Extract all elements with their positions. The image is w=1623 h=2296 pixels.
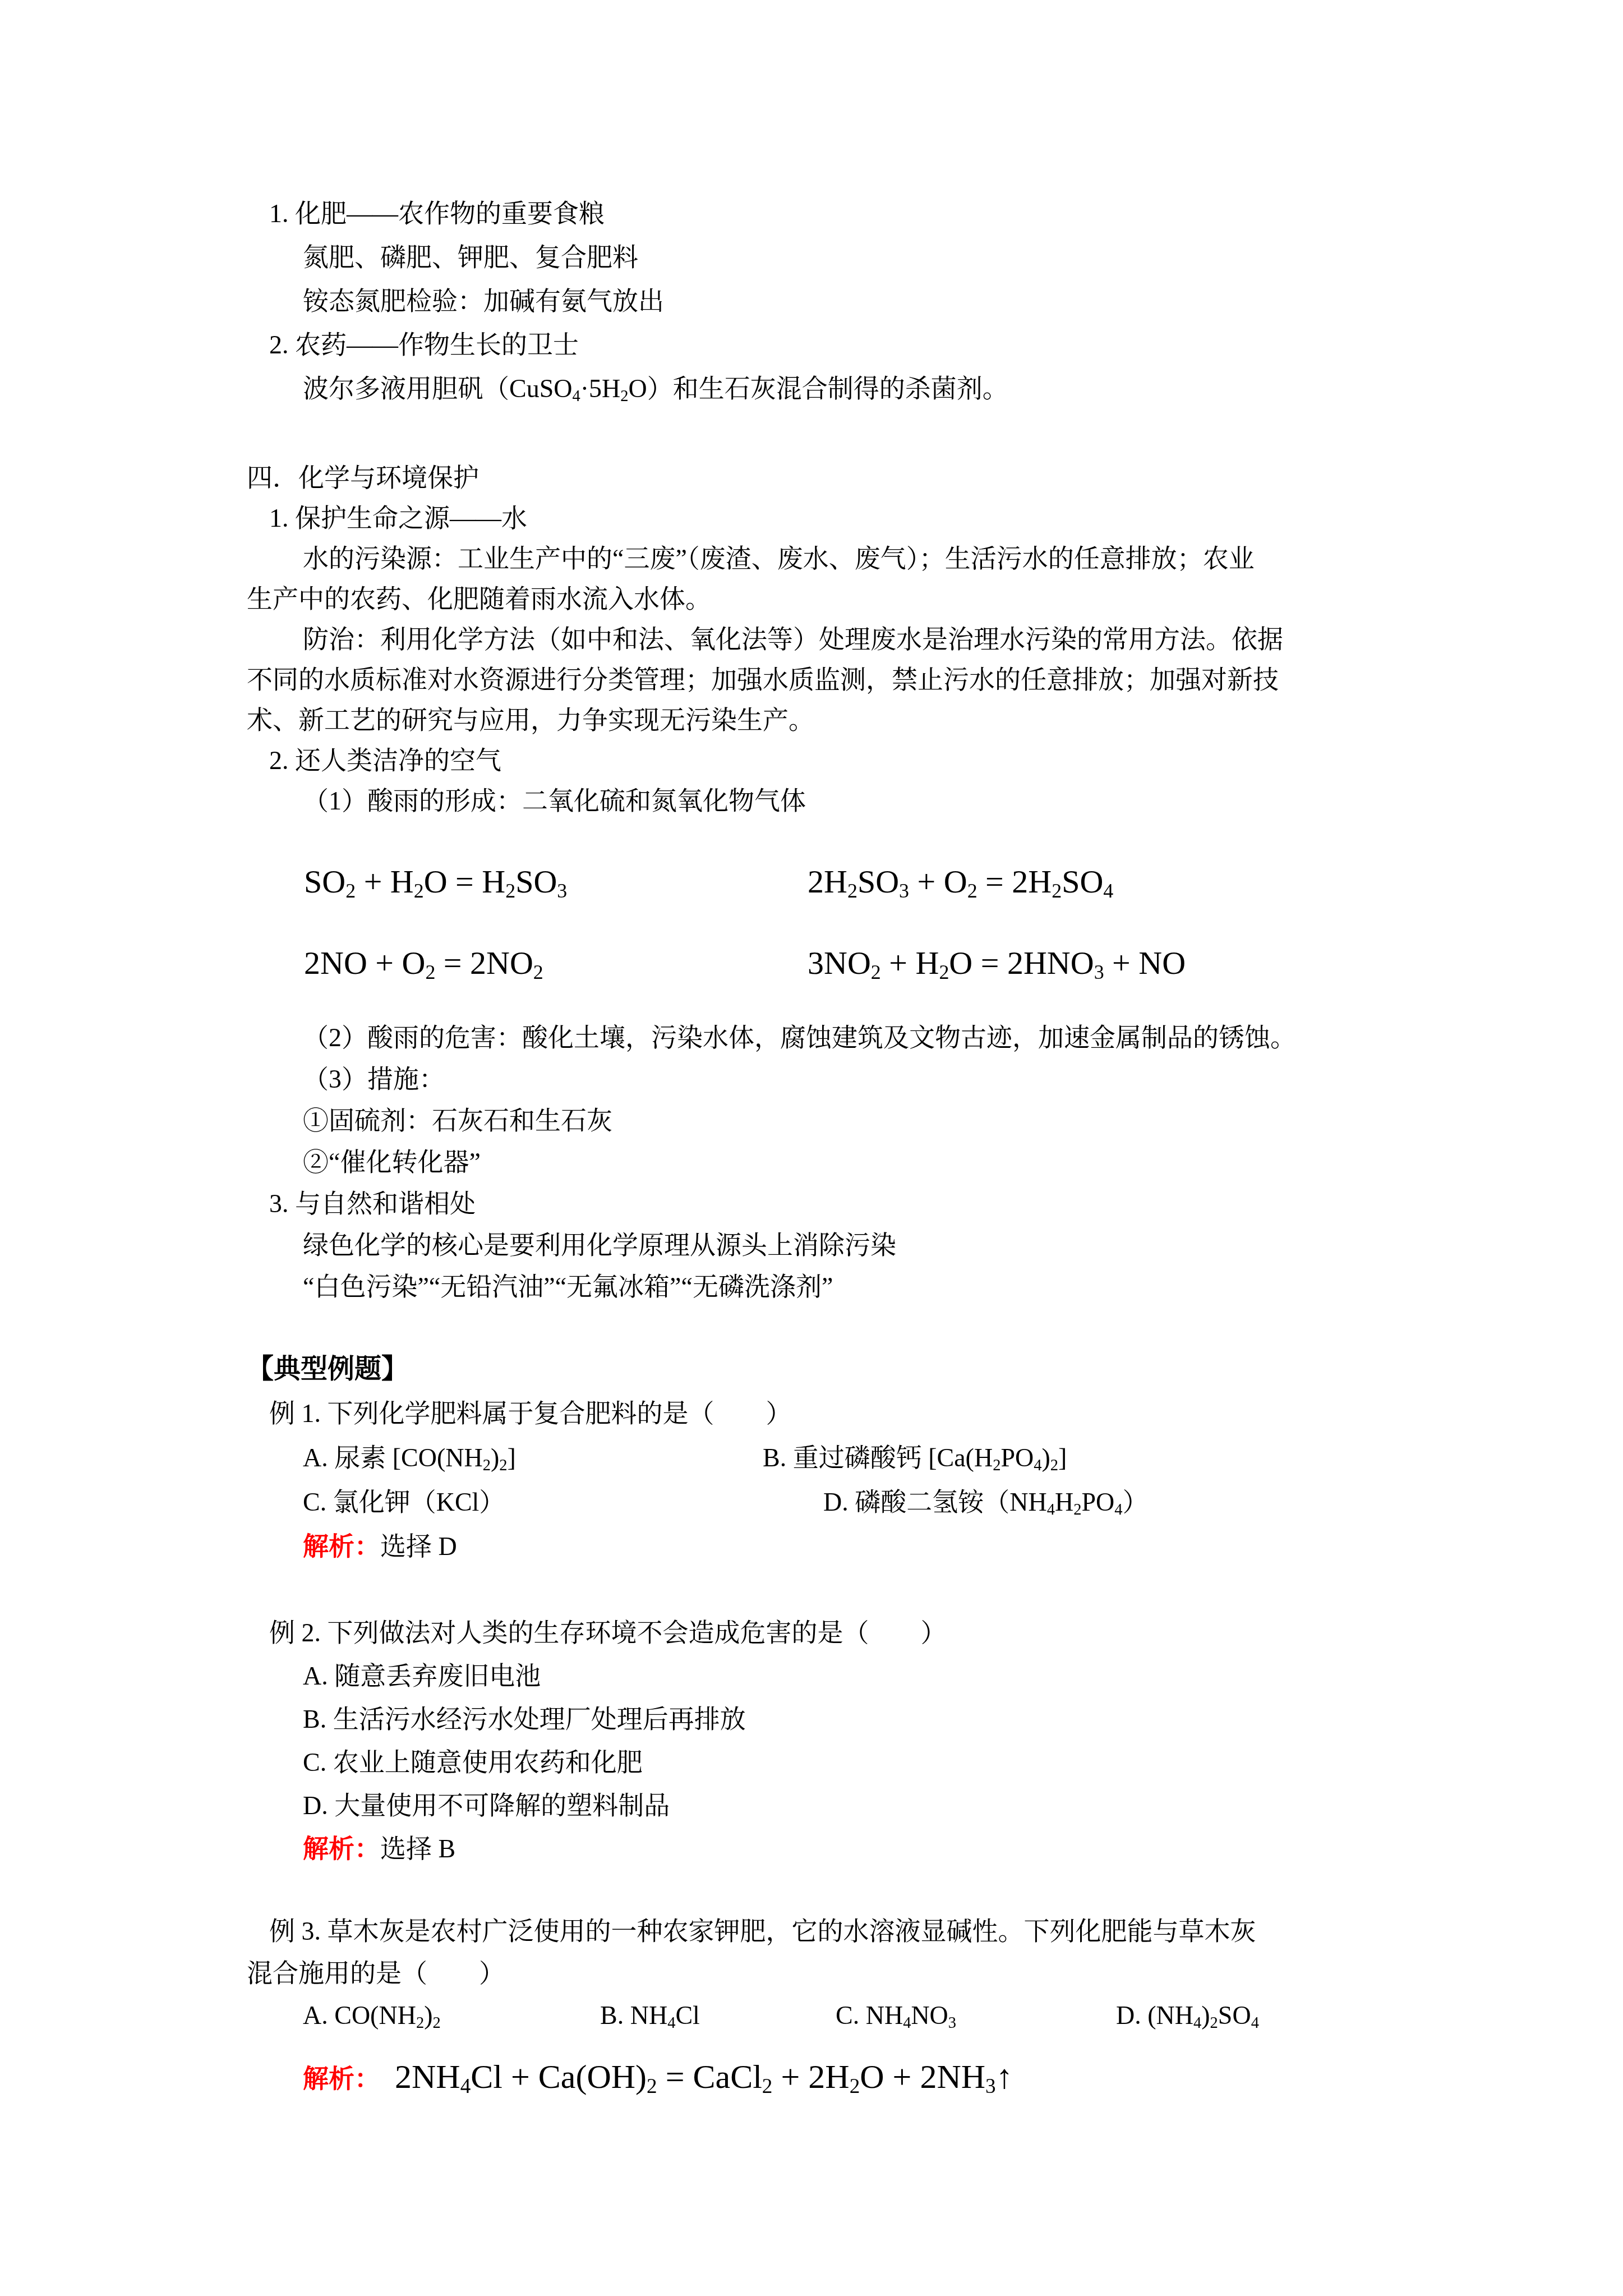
sec4-heading: 四．化学与环境保护 <box>247 458 1483 498</box>
ex3-solution-eq: 解析：2NH4Cl + Ca(OH)2 = CaCl2 + 2H2O + 2NH… <box>303 2049 1483 2105</box>
equation-right: 3NO2 + H2O = 2HNO3 + NO <box>808 944 1186 982</box>
equation-right: 2H2SO3 + O2 = 2H2SO4 <box>808 863 1113 900</box>
ex2-option-d: D. 大量使用不可降解的塑料制品 <box>303 1784 1483 1827</box>
solution-label: 解析： <box>303 1834 380 1863</box>
item2-title: 2. 农药——作物生长的卫士 <box>269 323 1483 367</box>
water-control-3: 术、新工艺的研究与应用，力争实现无污染生产。 <box>247 700 1483 740</box>
measure-2: ②“催化转化器” <box>303 1142 1483 1183</box>
ex2-option-c: C. 农业上随意使用农药和化肥 <box>303 1741 1483 1784</box>
ex3-stem-2: 混合施用的是（ ） <box>247 1952 1483 1994</box>
equation-left: SO2 + H2O = H2SO3 <box>304 863 808 900</box>
ex3-options: A. CO(NH2)2B. NH4ClC. NH4NO3D. (NH4)2SO4 <box>303 1994 1483 2036</box>
equation-left: 2NO + O2 = 2NO2 <box>304 944 808 982</box>
ex3-stem-1: 例 3. 草木灰是农村广泛使用的一种农家钾肥，它的水溶液显碱性。下列化肥能与草木… <box>269 1910 1483 1952</box>
sec4-item2: 2. 还人类洁净的空气 <box>269 740 1483 781</box>
solution-label: 解析： <box>303 2058 380 2095</box>
examples-title: 【典型例题】 <box>247 1347 1483 1391</box>
water-pollution-1: 水的污染源：工业生产中的“三废”（废渣、废水、废气）；生活污水的任意排放；农业 <box>303 539 1483 579</box>
solution-text: 选择 B <box>380 1834 455 1863</box>
measure-1: ①固硫剂：石灰石和生石灰 <box>303 1100 1483 1142</box>
option-cell: A. 尿素 [CO(NH2)2] <box>303 1435 763 1480</box>
measures: （3）措施： <box>303 1059 1483 1100</box>
solution-label: 解析： <box>303 1531 380 1561</box>
eq-row-2: 2NO + O2 = 2NO23NO2 + H2O = 2HNO3 + NO <box>304 922 1483 1004</box>
gap-3 <box>247 1568 1483 1611</box>
sec4-item1: 1. 保护生命之源——水 <box>269 498 1483 539</box>
option-cell: A. CO(NH2)2 <box>303 1994 600 2036</box>
ex1-solution: 解析：选择 D <box>303 1524 1483 1568</box>
gap-4 <box>247 1870 1483 1910</box>
item1-title: 1. 化肥——农作物的重要食粮 <box>269 192 1483 236</box>
ex2-option-a: A. 随意丢弃废旧电池 <box>303 1654 1483 1697</box>
green-terms: “白色污染”“无铅汽油”“无氟冰箱”“无磷洗涤剂” <box>303 1266 1483 1308</box>
acid-rain-formation: （1）酸雨的形成：二氧化硫和氮氧化物气体 <box>303 781 1483 821</box>
water-control-1: 防治：利用化学方法（如中和法、氧化法等）处理废水是治理水污染的常用方法。依据 <box>303 619 1483 660</box>
water-control-2: 不同的水质标准对水资源进行分类管理；加强水质监测，禁止污水的任意排放；加强对新技 <box>247 660 1483 700</box>
sec4-item3: 3. 与自然和谐相处 <box>269 1183 1483 1225</box>
green-chem: 绿色化学的核心是要利用化学原理从源头上消除污染 <box>303 1225 1483 1266</box>
item1-line1: 氮肥、磷肥、钾肥、复合肥料 <box>303 236 1483 279</box>
option-cell: B. 重过磷酸钙 [Ca(H2PO4)2] <box>763 1435 1067 1480</box>
option-cell: D. 磷酸二氢铵（NH4H2PO4） <box>823 1480 1149 1524</box>
ex2-stem: 例 2. 下列做法对人类的生存环境不会造成危害的是（ ） <box>269 1611 1483 1654</box>
item2-line1: 波尔多液用胆矾（CuSO4·5H2O）和生石灰混合制得的杀菌剂。 <box>303 367 1483 411</box>
document-page: 1. 化肥——农作物的重要食粮氮肥、磷肥、钾肥、复合肥料铵态氮肥检验：加碱有氨气… <box>0 0 1623 2296</box>
solution-equation: 2NH4Cl + Ca(OH)2 = CaCl2 + 2H2O + 2NH3↑ <box>395 2058 1013 2096</box>
solution-text: 选择 D <box>380 1532 457 1561</box>
gap-2 <box>247 1308 1483 1347</box>
item1-line2: 铵态氮肥检验：加碱有氨气放出 <box>303 279 1483 323</box>
option-cell: C. NH4NO3 <box>836 1994 1116 2036</box>
ex1-options-ab: A. 尿素 [CO(NH2)2]B. 重过磷酸钙 [Ca(H2PO4)2] <box>303 1435 1483 1480</box>
ex1-options-cd: C. 氯化钾（KCl）D. 磷酸二氢铵（NH4H2PO4） <box>303 1480 1483 1524</box>
water-pollution-2: 生产中的农药、化肥随着雨水流入水体。 <box>247 579 1483 619</box>
ex1-stem: 例 1. 下列化学肥料属于复合肥料的是（ ） <box>269 1391 1483 1435</box>
option-cell: D. (NH4)2SO4 <box>1116 1994 1259 2036</box>
option-cell: B. NH4Cl <box>600 1994 836 2036</box>
acid-rain-harm: （2）酸雨的危害：酸化土壤，污染水体，腐蚀建筑及文物古迹，加速金属制品的锈蚀。 <box>303 1017 1483 1059</box>
gap-1 <box>247 411 1483 458</box>
eq-row-1: SO2 + H2O = H2SO32H2SO3 + O2 = 2H2SO4 <box>304 841 1483 922</box>
option-cell: C. 氯化钾（KCl） <box>303 1480 823 1524</box>
ex2-option-b: B. 生活污水经污水处理厂处理后再排放 <box>303 1697 1483 1741</box>
ex2-solution: 解析：选择 B <box>303 1827 1483 1870</box>
